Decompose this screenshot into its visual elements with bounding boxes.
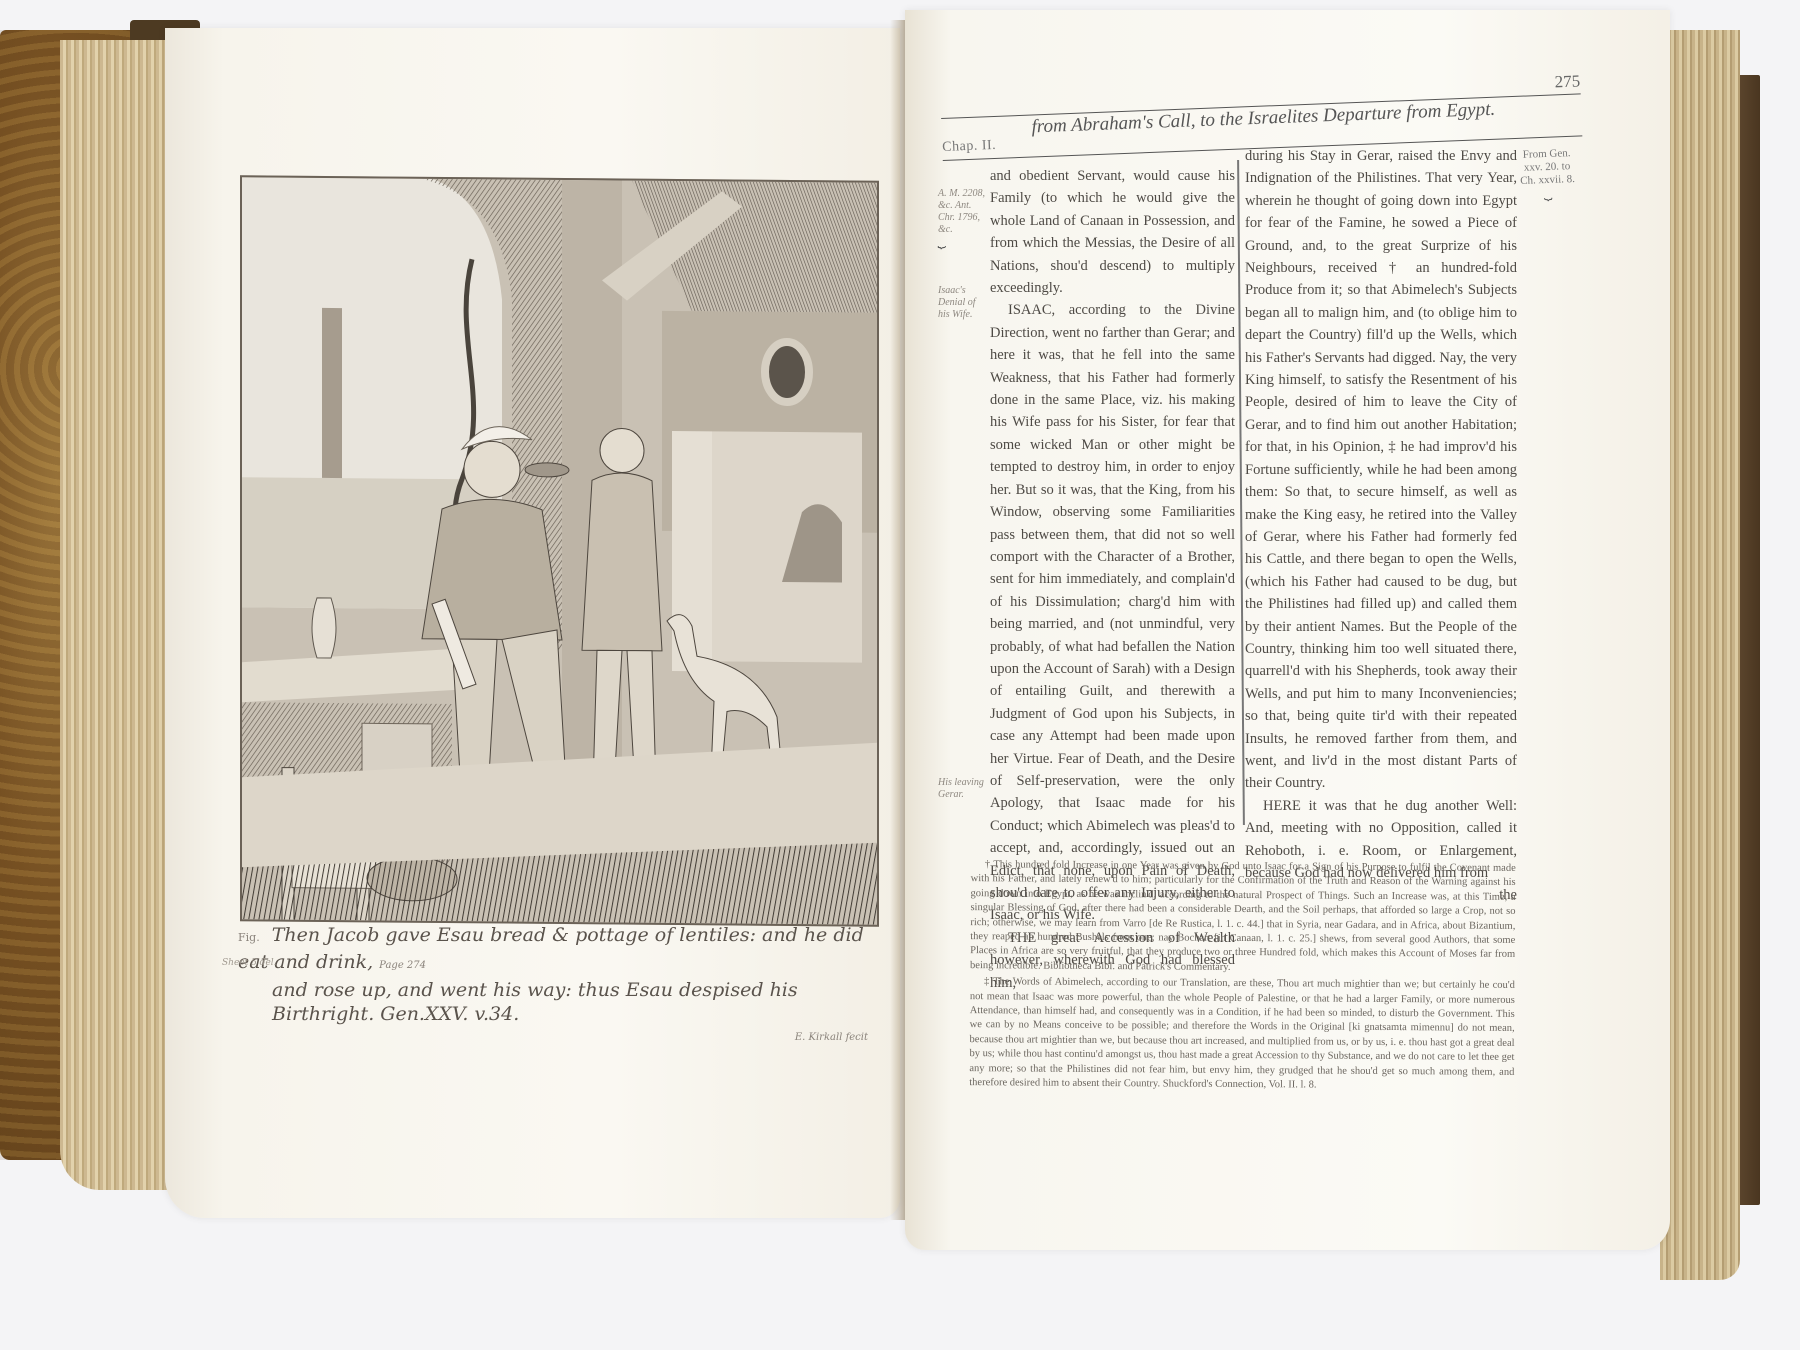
page-ref: Page 274 [379,960,426,971]
footnote: † This hundred fold Increase in one Year… [970,858,1516,977]
side-note-text: A. M. 2208, &c. Ant. Chr. 1796, &c. [938,188,985,235]
caption-line-2: and rose up, and went his way: thus Esau… [238,978,878,1026]
paragraph: ISAAC, according to the Divine Direction… [990,299,1235,926]
fig-label: Fig. [238,931,260,944]
photo-scene: ESAU Sells his Birthright. [0,0,1800,1350]
footnotes: † This hundred fold Increase in one Year… [969,858,1516,1096]
page-block-left [60,40,170,1190]
engraving-plate [240,175,879,927]
caption-line-1: Then Jacob gave Esau bread & pottage of … [238,924,864,973]
brace-glyph: ⏟ [1520,186,1575,201]
footnote: ‡ The Words of Abimelech, according to o… [969,975,1515,1094]
paragraph: during his Stay in Gerar, raised the Env… [1245,145,1517,795]
engraver-credit: E. Kirkall fecit [238,1026,878,1050]
side-note-leaving-gerar: His leaving Gerar. [938,777,988,801]
brace-glyph: ⏟ [938,236,988,248]
chapter-label: Chap. II. [942,138,996,156]
page-block-right [1660,30,1740,1280]
side-note-date: A. M. 2208, &c. Ant. Chr. 1796, &c. ⏟ [938,188,988,248]
engraving-illustration [242,177,877,925]
plate-left-note: Sheet 5 del. [222,951,277,975]
side-note-isaac-denial: Isaac's Denial of his Wife. [938,285,988,321]
text-column-2: during his Stay in Gerar, raised the Env… [1245,145,1517,907]
plate-caption: Sheet 5 del. Fig. Then Jacob gave Esau b… [238,923,878,1050]
page-number: 275 [1554,71,1580,92]
paragraph: and obedient Servant, would cause his Fa… [990,165,1235,299]
scripture-reference: From Gen. xxv. 20. to Ch. xxvii. 8. ⏟ [1519,147,1575,201]
